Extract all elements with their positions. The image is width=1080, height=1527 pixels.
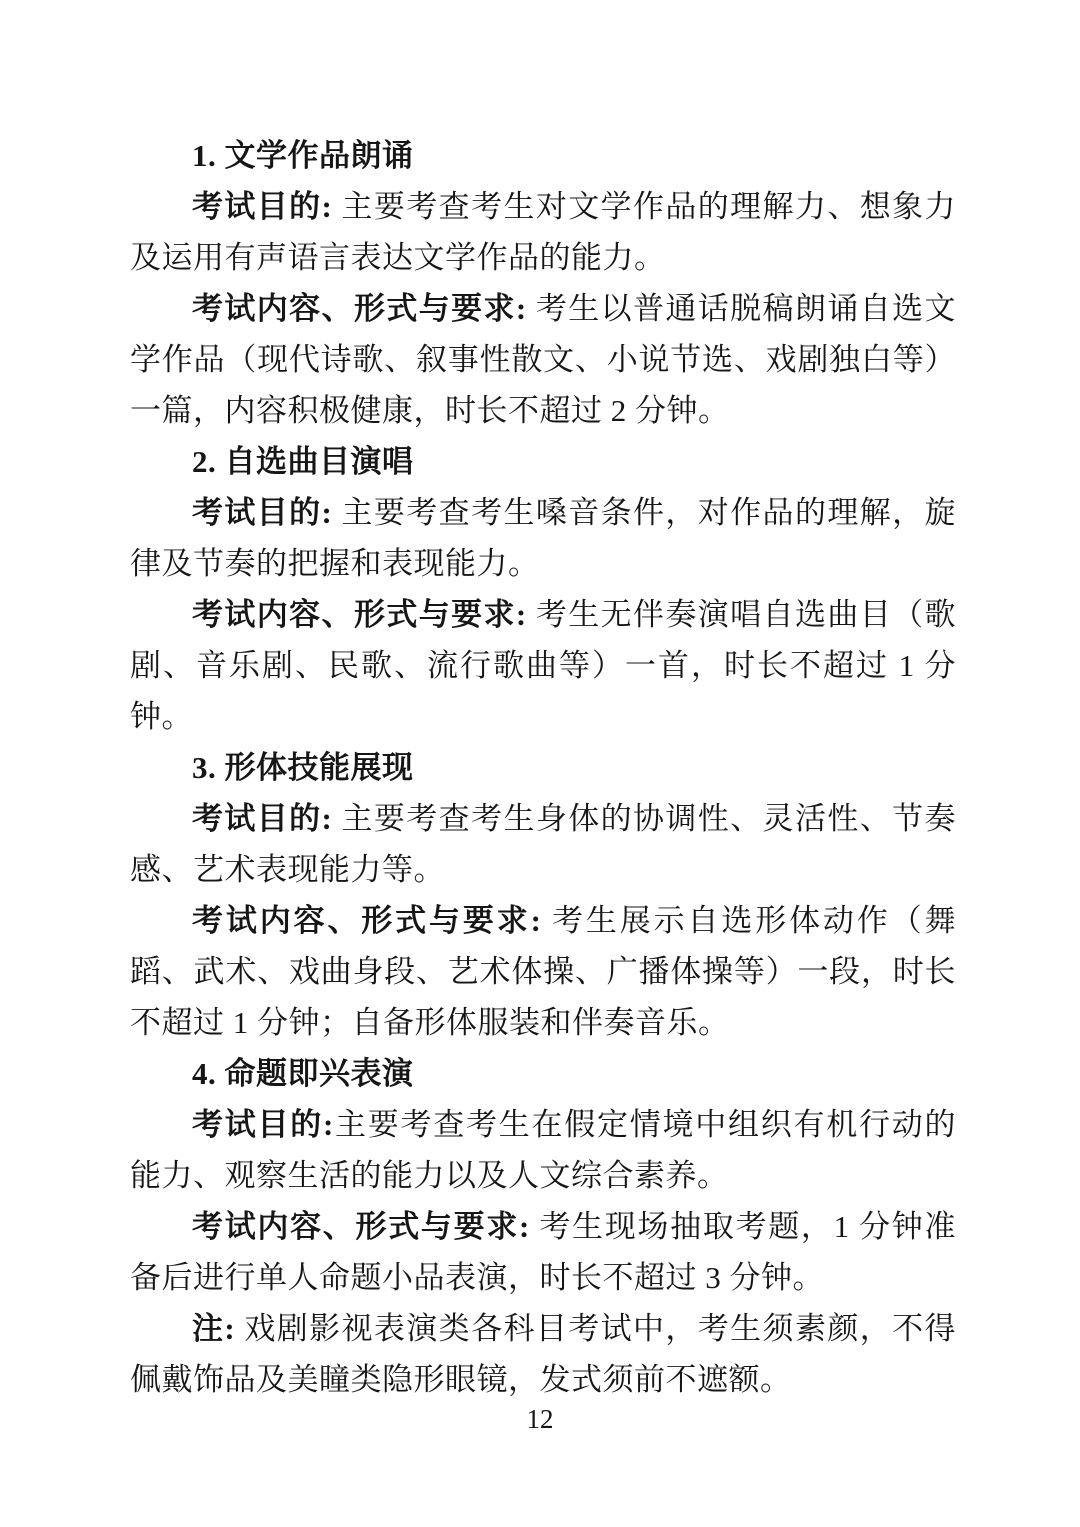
note-label: 注: <box>192 1311 235 1346</box>
document-body: 1. 文学作品朗诵 考试目的: 主要考查考生对文学作品的理解力、想象力及运用有声… <box>130 130 956 1405</box>
note-text: 戏剧影视表演类各科目考试中，考生须素颜，不得佩戴饰品及美瞳类隐形眼镜，发式须前不… <box>130 1311 956 1397</box>
section-4-purpose-paragraph: 考试目的:主要考查考生在假定情境中组织有机行动的能力、观察生活的能力以及人文综合… <box>130 1099 956 1201</box>
exam-purpose-label: 考试目的: <box>192 495 332 530</box>
section-2-content-paragraph: 考试内容、形式与要求: 考生无伴奏演唱自选曲目（歌剧、音乐剧、民歌、流行歌曲等）… <box>130 589 956 742</box>
exam-content-label: 考试内容、形式与要求: <box>192 291 527 326</box>
section-3-content-paragraph: 考试内容、形式与要求: 考生展示自选形体动作（舞蹈、武术、戏曲身段、艺术体操、广… <box>130 895 956 1048</box>
exam-content-label: 考试内容、形式与要求: <box>192 1209 530 1244</box>
section-1-purpose-paragraph: 考试目的: 主要考查考生对文学作品的理解力、想象力及运用有声语言表达文学作品的能… <box>130 181 956 283</box>
section-3-purpose-paragraph: 考试目的: 主要考查考生身体的协调性、灵活性、节奏感、艺术表现能力等。 <box>130 793 956 895</box>
section-1-heading: 1. 文学作品朗诵 <box>130 130 956 181</box>
section-2-purpose-paragraph: 考试目的: 主要考查考生嗓音条件，对作品的理解，旋律及节奏的把握和表现能力。 <box>130 487 956 589</box>
section-4-heading: 4. 命题即兴表演 <box>130 1048 956 1099</box>
section-2-heading: 2. 自选曲目演唱 <box>130 436 956 487</box>
exam-content-label: 考试内容、形式与要求: <box>192 597 527 632</box>
exam-content-label: 考试内容、形式与要求: <box>192 903 541 938</box>
section-4-content-paragraph: 考试内容、形式与要求: 考生现场抽取考题，1 分钟准备后进行单人命题小品表演，时… <box>130 1201 956 1303</box>
exam-purpose-label: 考试目的: <box>192 189 332 224</box>
exam-purpose-label: 考试目的: <box>192 801 332 836</box>
page-footer: 12 <box>0 1402 1080 1436</box>
exam-purpose-label: 考试目的: <box>192 1107 334 1142</box>
section-1-content-paragraph: 考试内容、形式与要求: 考生以普通话脱稿朗诵自选文学作品（现代诗歌、叙事性散文、… <box>130 283 956 436</box>
section-3-heading: 3. 形体技能展现 <box>130 742 956 793</box>
page-number: 12 <box>527 1404 554 1434</box>
document-page: 1. 文学作品朗诵 考试目的: 主要考查考生对文学作品的理解力、想象力及运用有声… <box>0 0 1080 1527</box>
note-paragraph: 注: 戏剧影视表演类各科目考试中，考生须素颜，不得佩戴饰品及美瞳类隐形眼镜，发式… <box>130 1303 956 1405</box>
